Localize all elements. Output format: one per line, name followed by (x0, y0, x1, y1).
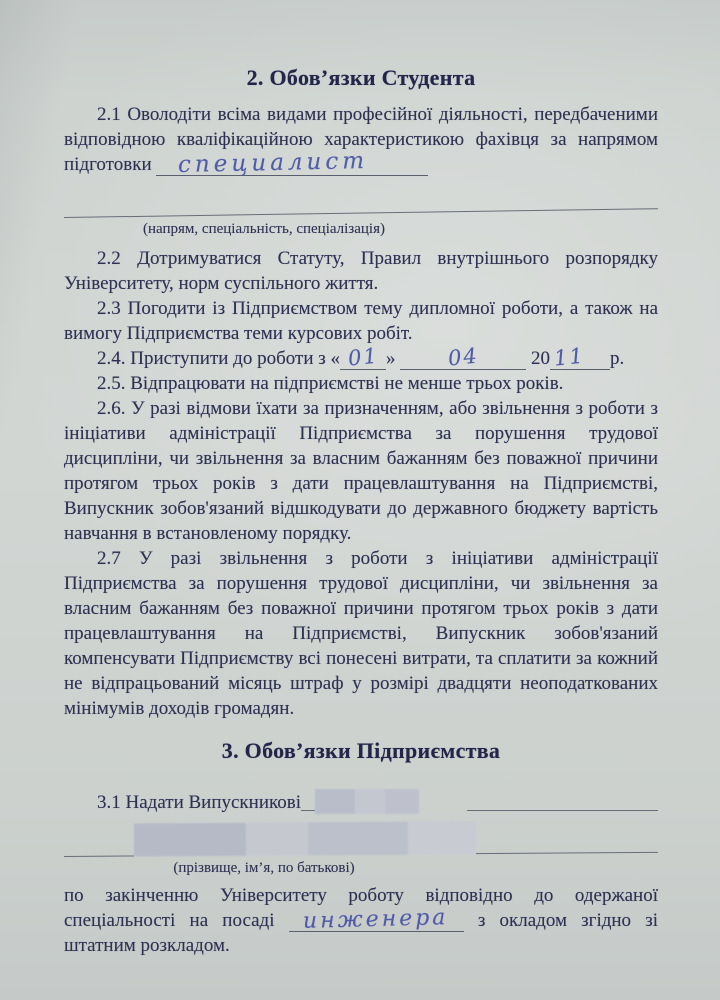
redaction-blur (134, 821, 476, 856)
redaction-blur (315, 789, 419, 814)
clause-3-1-continuation: по закінченню Університету роботу відпов… (64, 883, 658, 958)
redaction-blur-segment (308, 822, 408, 856)
clause-2-7: 2.7 У разі звільнення з роботи з ініціат… (64, 546, 658, 721)
clause-2-4: 2.4. Приступити до роботи з «01» 04 2011… (64, 346, 658, 371)
name-blank-line (467, 810, 658, 811)
fill-in-month-blank: 04 (400, 347, 526, 370)
fill-in-specialty-blank: специалист (156, 153, 428, 176)
clause-2-4-year-prefix: 20 (531, 348, 550, 369)
clause-3-1-row: 3.1 Надати Випускникові (64, 789, 658, 815)
handwritten-specialty: специалист (178, 151, 368, 175)
specialty-blank-line (64, 208, 658, 218)
specialty-caption: (напрям, спеціальність, спеціалізація) (64, 221, 464, 238)
fill-in-day-blank: 01 (340, 347, 386, 370)
fill-in-position-blank: инженера (289, 910, 464, 932)
name-blank-line (476, 852, 658, 854)
section3-heading: 3. Обов’язки Підприємства (64, 737, 658, 765)
redaction-blur-segment (315, 789, 355, 814)
fill-in-year-blank: 11 (550, 347, 610, 370)
redaction-blur-segment (408, 821, 476, 854)
document-content: 2. Обов’язки Студента 2.1 Оволодіти всім… (0, 0, 720, 958)
handwritten-month: 04 (447, 345, 480, 368)
name-blank-line-segment (64, 856, 134, 857)
clause-2-1: 2.1 Оволодіти всіма видами професійної д… (64, 102, 658, 177)
redaction-blur-segment (355, 789, 385, 814)
handwritten-position: инженера (303, 908, 449, 932)
redaction-blur-segment (385, 789, 419, 814)
clause-3-1-prefix: 3.1 Надати Випускникові (64, 790, 301, 815)
section2-heading: 2. Обов’язки Студента (64, 64, 658, 92)
name-caption: (прізвище, ім’я, по батькові) (64, 860, 464, 877)
redacted-name-row (64, 819, 658, 857)
handwritten-day: 01 (347, 345, 380, 368)
clause-2-4-suffix: р. (610, 348, 624, 369)
clause-2-4-prefix: 2.4. Приступити до роботи з « (97, 348, 340, 369)
clause-2-4-close-quote: » (386, 348, 396, 369)
name-blank-line-segment (301, 810, 315, 811)
clause-2-2: 2.2 Дотримуватися Статуту, Правил внутрі… (64, 246, 658, 296)
clause-2-3: 2.3 Погодити із Підприємством тему дипло… (64, 296, 658, 346)
clause-2-5: 2.5. Відпрацювати на підприємстві не мен… (64, 371, 658, 396)
document-page: 2. Обов’язки Студента 2.1 Оволодіти всім… (0, 0, 720, 1000)
redaction-blur-segment (246, 822, 308, 855)
clause-2-6: 2.6. У разі відмови їхати за призначення… (64, 396, 658, 546)
redaction-blur-segment (134, 823, 246, 857)
handwritten-year: 11 (553, 345, 586, 368)
